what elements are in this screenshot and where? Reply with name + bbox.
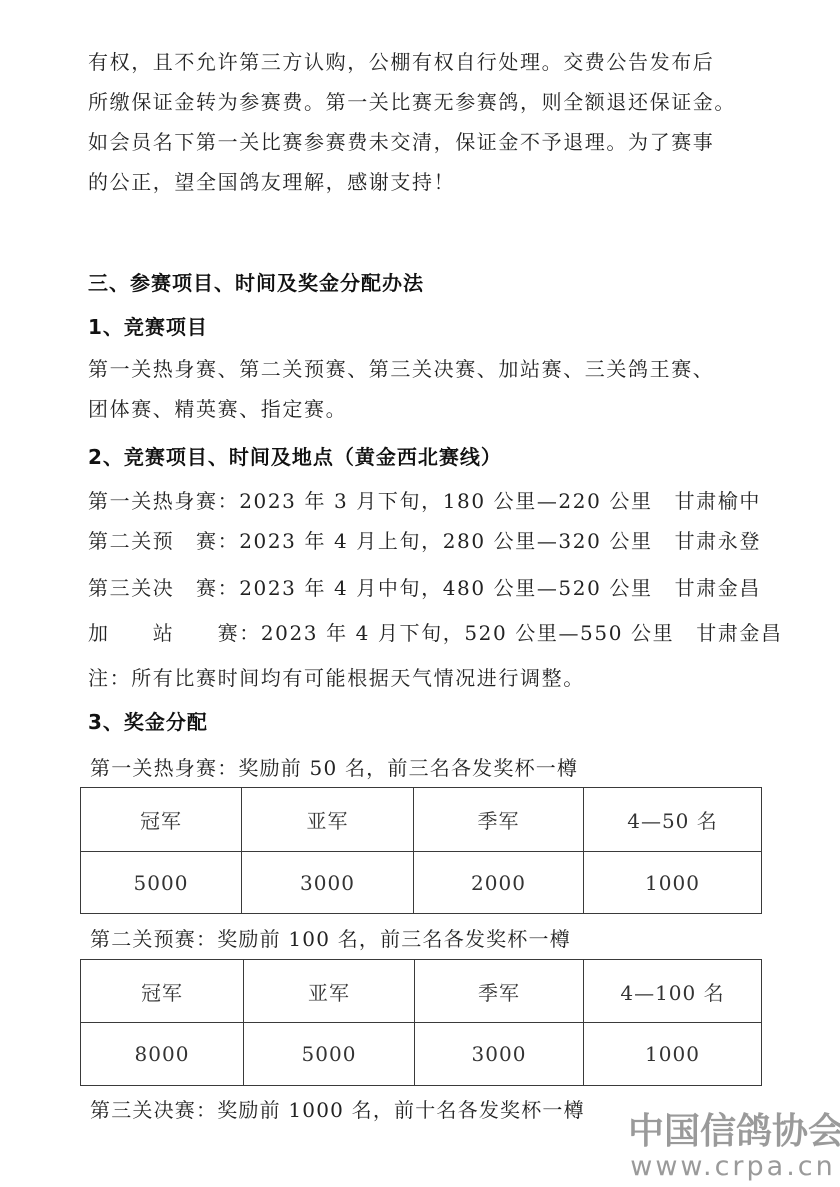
intro-line-4: 的公正，望全国鸽友理解，感谢支持！ bbox=[88, 169, 455, 195]
schedule-time: 2023 年 3 月下旬， bbox=[239, 489, 443, 513]
prize-caption-race-1: 第一关热身赛：奖励前 50 名，前三名各发奖杯一樽 bbox=[90, 755, 578, 781]
watermark-title: 中国信鸽协会 bbox=[628, 1112, 838, 1152]
schedule-race-name: 加 站 赛： bbox=[88, 621, 261, 645]
table-cell: 1000 bbox=[584, 1023, 762, 1086]
schedule-race-name: 第三关决 赛： bbox=[88, 576, 239, 600]
table-header-row: 冠军 亚军 季军 4—50 名 bbox=[81, 788, 762, 852]
events-line-2: 团体赛、精英赛、指定赛。 bbox=[88, 396, 347, 422]
subsection-3-heading: 3、奖金分配 bbox=[88, 709, 208, 735]
table-header-cell: 冠军 bbox=[81, 960, 244, 1023]
schedule-row: 第一关热身赛：2023 年 3 月下旬，180 公里—220 公里甘肃榆中 bbox=[88, 488, 761, 514]
table-header-row: 冠军 亚军 季军 4—100 名 bbox=[81, 960, 762, 1023]
intro-line-3: 如会员名下第一关比赛参赛费未交清，保证金不予退理。为了赛事 bbox=[88, 129, 714, 155]
table-header-cell: 亚军 bbox=[244, 960, 415, 1023]
table-header-cell: 冠军 bbox=[81, 788, 242, 852]
watermark-url: www.crpa.cn bbox=[628, 1152, 838, 1182]
table-row: 8000 5000 3000 1000 bbox=[81, 1023, 762, 1086]
prize-table-race-2: 冠军 亚军 季军 4—100 名 8000 5000 3000 1000 bbox=[80, 959, 762, 1086]
table-header-cell: 4—100 名 bbox=[584, 960, 762, 1023]
schedule-row: 加 站 赛：2023 年 4 月下旬，520 公里—550 公里甘肃金昌 bbox=[88, 620, 783, 646]
prize-caption-race-3: 第三关决赛：奖励前 1000 名，前十名各发奖杯一樽 bbox=[90, 1097, 585, 1123]
table-cell: 2000 bbox=[414, 852, 584, 914]
prize-table-race-1: 冠军 亚军 季军 4—50 名 5000 3000 2000 1000 bbox=[80, 787, 762, 914]
prize-caption-race-2: 第二关预赛：奖励前 100 名，前三名各发奖杯一樽 bbox=[90, 926, 571, 952]
table-header-cell: 亚军 bbox=[242, 788, 414, 852]
table-row: 5000 3000 2000 1000 bbox=[81, 852, 762, 914]
table-header-cell: 4—50 名 bbox=[584, 788, 762, 852]
schedule-time: 2023 年 4 月下旬， bbox=[261, 621, 465, 645]
schedule-time: 2023 年 4 月中旬， bbox=[239, 576, 443, 600]
schedule-location: 甘肃金昌 bbox=[675, 576, 761, 600]
table-cell: 3000 bbox=[242, 852, 414, 914]
schedule-time: 2023 年 4 月上旬， bbox=[239, 529, 443, 553]
schedule-location: 甘肃永登 bbox=[675, 529, 761, 553]
table-header-cell: 季军 bbox=[415, 960, 584, 1023]
section-three-heading: 三、参赛项目、时间及奖金分配办法 bbox=[88, 270, 424, 296]
intro-line-2: 所缴保证金转为参赛费。第一关比赛无参赛鸽，则全额退还保证金。 bbox=[88, 89, 736, 115]
table-cell: 1000 bbox=[584, 852, 762, 914]
subsection-2-heading: 2、竞赛项目、时间及地点（黄金西北赛线） bbox=[88, 444, 502, 470]
table-cell: 3000 bbox=[415, 1023, 584, 1086]
intro-line-1: 有权，且不允许第三方认购，公棚有权自行处理。交费公告发布后 bbox=[88, 49, 714, 75]
schedule-distance: 520 公里—550 公里 bbox=[464, 621, 674, 645]
subsection-1-heading: 1、竞赛项目 bbox=[88, 314, 208, 340]
schedule-row: 第三关决 赛：2023 年 4 月中旬，480 公里—520 公里甘肃金昌 bbox=[88, 575, 761, 601]
schedule-distance: 480 公里—520 公里 bbox=[443, 576, 653, 600]
watermark-logo: 中国信鸽协会 www.crpa.cn bbox=[628, 1112, 838, 1182]
table-cell: 5000 bbox=[244, 1023, 415, 1086]
table-cell: 5000 bbox=[81, 852, 242, 914]
schedule-race-name: 第一关热身赛： bbox=[88, 489, 239, 513]
table-header-cell: 季军 bbox=[414, 788, 584, 852]
schedule-row: 第二关预 赛：2023 年 4 月上旬，280 公里—320 公里甘肃永登 bbox=[88, 528, 761, 554]
table-cell: 8000 bbox=[81, 1023, 244, 1086]
schedule-location: 甘肃榆中 bbox=[675, 489, 761, 513]
schedule-race-name: 第二关预 赛： bbox=[88, 529, 239, 553]
events-line-1: 第一关热身赛、第二关预赛、第三关决赛、加站赛、三关鸽王赛、 bbox=[88, 356, 714, 382]
document-page: 有权，且不允许第三方认购，公棚有权自行处理。交费公告发布后 所缴保证金转为参赛费… bbox=[0, 0, 840, 1187]
schedule-note: 注：所有比赛时间均有可能根据天气情况进行调整。 bbox=[88, 665, 585, 691]
schedule-location: 甘肃金昌 bbox=[696, 621, 782, 645]
schedule-distance: 180 公里—220 公里 bbox=[443, 489, 653, 513]
schedule-distance: 280 公里—320 公里 bbox=[443, 529, 653, 553]
